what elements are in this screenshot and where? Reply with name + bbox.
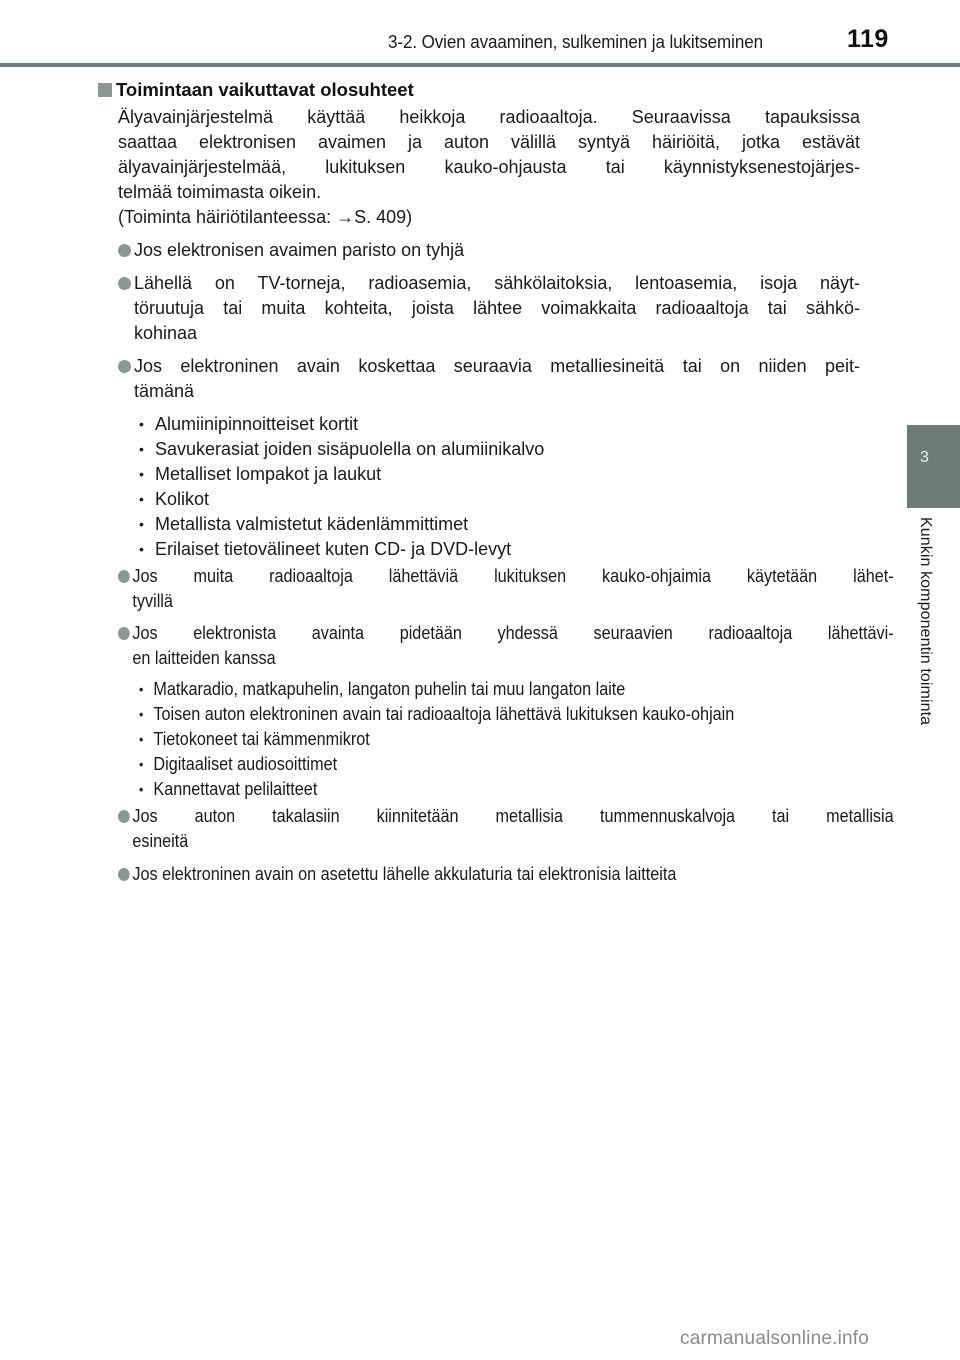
header-divider	[0, 63, 960, 67]
sub-list: •Matkaradio, matkapuhelin, langaton puhe…	[139, 677, 900, 802]
watermark: carmanualsonline.info	[680, 1328, 869, 1350]
sub-list-item: •Tietokoneet tai kämmenmikrot	[139, 727, 900, 752]
small-bullet-icon: •	[139, 702, 143, 727]
section-title: Toimintaan vaikuttavat olosuhteet	[98, 78, 860, 102]
list-item: Jos elektroninen avain on asetettu lähel…	[118, 862, 894, 887]
item-line: Jos elektroninen avain on asetettu lähel…	[132, 862, 893, 887]
chapter-tab: 3	[907, 425, 960, 508]
small-bullet-icon: •	[139, 462, 144, 487]
list-item: Jos elektroninen avain koskettaa seuraav…	[118, 354, 860, 404]
round-bullet-icon	[118, 360, 131, 373]
item-line: esineitä	[132, 829, 893, 854]
item-line: Jos auton takalasiin kiinnitetään metall…	[132, 804, 893, 829]
list-item: Jos muita radioaaltoja lähettäviä lukitu…	[118, 564, 894, 614]
round-bullet-icon	[118, 244, 131, 257]
item-line: tyvillä	[132, 589, 893, 614]
list-item: Jos elektronista avainta pidetään yhdess…	[118, 621, 894, 671]
section-heading: 3-2. Ovien avaaminen, sulkeminen ja luki…	[388, 31, 763, 53]
item-line: tämänä	[134, 379, 860, 404]
item-line: kohinaa	[134, 321, 860, 346]
intro-paragraph: Älyavainjärjestelmä käyttää heikkoja rad…	[118, 105, 860, 230]
small-bullet-icon: •	[139, 752, 143, 777]
item-line: Jos muita radioaaltoja lähettäviä lukitu…	[132, 564, 893, 589]
sub-list-item: •Metalliset lompakot ja laukut	[139, 462, 860, 487]
sub-list-item: •Alumiinipinnoitteiset kortit	[139, 412, 860, 437]
list-item: Lähellä on TV-torneja, radioasemia, sähk…	[118, 271, 860, 346]
round-bullet-icon	[118, 570, 130, 583]
sub-list-item: •Erilaiset tietovälineet kuten CD- ja DV…	[139, 537, 860, 562]
sub-list-item: •Savukerasiat joiden sisäpuolella on alu…	[139, 437, 860, 462]
small-bullet-icon: •	[139, 727, 143, 752]
chapter-number: 3	[907, 449, 942, 467]
chapter-label: Kunkin komponentin toiminta	[916, 517, 934, 725]
page-content: Toimintaan vaikuttavat olosuhteet Älyava…	[98, 78, 860, 887]
small-bullet-icon: •	[139, 512, 144, 537]
small-bullet-icon: •	[139, 412, 144, 437]
item-line: Jos elektronisen avaimen paristo on tyhj…	[134, 238, 860, 263]
sub-list-item: •Kolikot	[139, 487, 860, 512]
reference-link[interactable]: (Toiminta häiriötilanteessa: →S. 409)	[118, 205, 860, 230]
item-line: töruutuja tai muita kohteita, joista läh…	[134, 296, 860, 321]
page-header: 3-2. Ovien avaaminen, sulkeminen ja luki…	[0, 0, 960, 68]
sub-list-item: •Matkaradio, matkapuhelin, langaton puhe…	[139, 677, 900, 702]
small-bullet-icon: •	[139, 437, 144, 462]
sub-list-item: •Metallista valmistetut kädenlämmittimet	[139, 512, 860, 537]
page-number: 119	[847, 25, 889, 54]
small-bullet-icon: •	[139, 487, 144, 512]
small-bullet-icon: •	[139, 537, 144, 562]
intro-line: saattaa elektronisen avaimen ja auton vä…	[118, 130, 860, 155]
small-bullet-icon: •	[139, 677, 143, 702]
round-bullet-icon	[118, 810, 130, 823]
round-bullet-icon	[118, 627, 130, 640]
intro-line: älyavainjärjestelmää, lukituksen kauko-o…	[118, 155, 860, 180]
item-line: en laitteiden kanssa	[132, 646, 893, 671]
list-item: Jos elektronisen avaimen paristo on tyhj…	[118, 238, 860, 263]
list-item: Jos auton takalasiin kiinnitetään metall…	[118, 804, 894, 854]
intro-line: Älyavainjärjestelmä käyttää heikkoja rad…	[118, 105, 860, 130]
round-bullet-icon	[118, 868, 130, 881]
sub-list-item: •Toisen auton elektroninen avain tai rad…	[139, 702, 900, 727]
sub-list: •Alumiinipinnoitteiset kortit •Savukeras…	[139, 412, 860, 562]
item-line: Jos elektroninen avain koskettaa seuraav…	[134, 354, 860, 379]
sub-list-item: •Digitaaliset audiosoittimet	[139, 752, 900, 777]
square-bullet-icon	[98, 83, 112, 97]
sub-list-item: •Kannettavat pelilaitteet	[139, 777, 900, 802]
section-title-text: Toimintaan vaikuttavat olosuhteet	[116, 79, 414, 100]
item-line: Jos elektronista avainta pidetään yhdess…	[132, 621, 893, 646]
intro-line: telmää toimimasta oikein.	[118, 180, 860, 205]
small-bullet-icon: •	[139, 777, 143, 802]
round-bullet-icon	[118, 277, 131, 290]
item-line: Lähellä on TV-torneja, radioasemia, sähk…	[134, 271, 860, 296]
